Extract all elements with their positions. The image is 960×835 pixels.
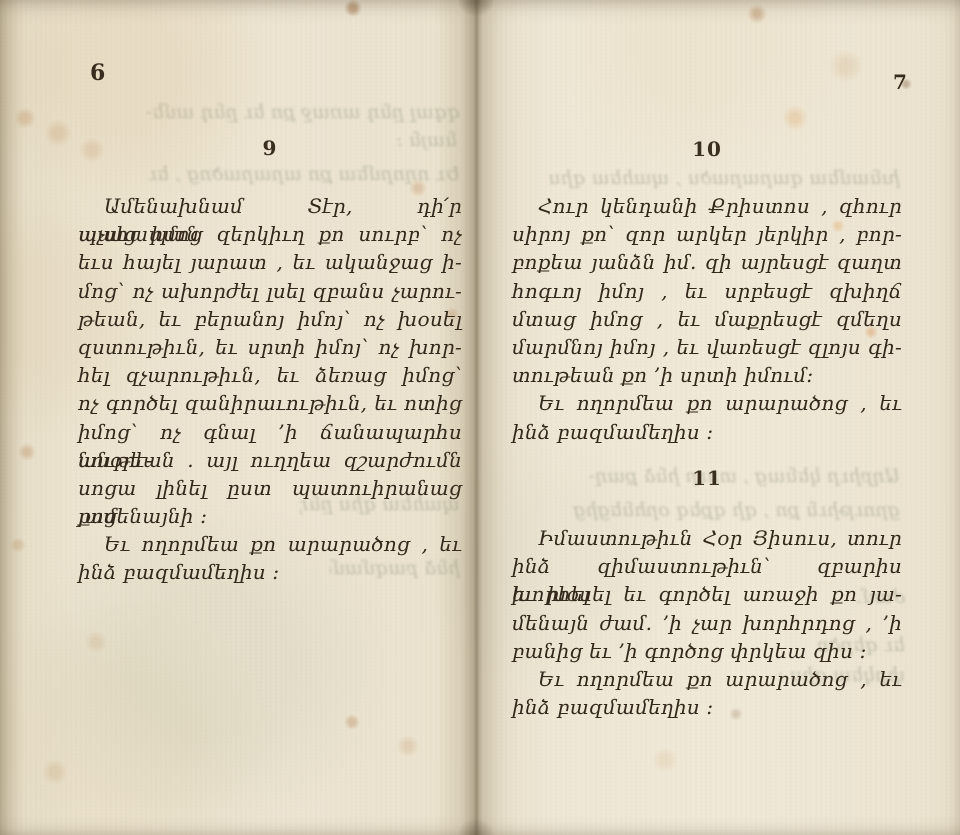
text-line: Իմաստութիւն Հօր Յիսուս, տուր (512, 524, 902, 552)
refrain-line: ինձ բազմամեղիս ։ (78, 558, 462, 586)
text-line: մենայն ժամ. ’ի չար խորհրդոց , ’ի (512, 609, 902, 637)
section-10-heading: 10 (512, 137, 902, 161)
section-11-heading: 11 (512, 466, 902, 490)
text-line: մարմնոյ իմոյ , եւ վառեսցէ զլոյս գի- (512, 333, 902, 361)
section-11-text: Իմաստութիւն Հօր Յիսուս, տուր ինձ զիմաստո… (512, 524, 902, 721)
refrain-line: ինձ բազմամեղիս ։ (512, 693, 902, 721)
refrain-line: Եւ ողորմեա քո արարածոց , եւ (512, 665, 902, 693)
text-line: սիրոյ քո՝ զոր արկեր յերկիր , բոր- (512, 220, 902, 248)
left-page-number: 6 (90, 60, 105, 86)
text-line: սոցա լինել ըստ պատուիրանաց քոց (78, 474, 462, 502)
text-line: իմոց՝ ոչ գնալ ’ի ճանապարհս անօրէ- (78, 418, 462, 446)
text-line: մտաց իմոց , եւ մաքրեսցէ զմեղս (512, 305, 902, 333)
refrain-line: Եւ ողորմեա քո արարածոց , եւ (78, 530, 462, 558)
text-line: տութեան քո ’ի սրտի իմում։ (512, 361, 902, 389)
text-line: զստութիւն, եւ սրտի իմոյ՝ ոչ խոր- (78, 333, 462, 361)
refrain-line: Եւ ողորմեա քո արարածոց , եւ (512, 389, 902, 417)
text-line: յամենայնի ։ (78, 502, 462, 530)
text-line: նութեան . այլ ուղղեա զշարժումն (78, 446, 462, 474)
text-line: բանից եւ ’ի գործոց փրկեա զիս ։ (512, 637, 902, 665)
section-9-heading: 9 (78, 136, 462, 160)
text-line: եւ խօսել եւ գործել առաջի քո յա- (512, 580, 902, 608)
text-line: եւս հայել յարատ , եւ ականջաց ի- (78, 248, 462, 276)
text-line: Ամենախնամ Տէր, դի՛ր պահապան (78, 192, 462, 220)
section-9-text: Ամենախնամ Տէր, դի՛ր պահապան աչաց իմոց զե… (78, 192, 462, 587)
refrain-line: ինձ բազմամեղիս ։ (512, 418, 902, 446)
text-line: Հուր կենդանի Քրիստոս , զհուր (512, 192, 902, 220)
text-line: աչաց իմոց զերկիւղ քո սուրբ՝ ոչ (78, 220, 462, 248)
text-line: հել զչարութիւն, եւ ձեռաց իմոց՝ (78, 361, 462, 389)
text-line: թեան, եւ բերանոյ իմոյ՝ ոչ խօսել (78, 305, 462, 333)
section-10-text: Հուր կենդանի Քրիստոս , զհուր սիրոյ քո՝ զ… (512, 192, 902, 446)
book-scan: զգալ ընդ առաջ քո եւ ընդ ամե- նայն ։ Եւ ո… (0, 0, 960, 835)
text-line: բոքեա յանձն իմ. զի այրեսցէ զաղտ (512, 248, 902, 276)
text-line: ոչ գործել զանիրաւութիւն, եւ ոտից (78, 389, 462, 417)
text-line: ինձ զիմաստութիւն՝ զբարիս խորհել (512, 552, 902, 580)
text-line: հոգւոյ իմոյ , եւ սրբեսցէ զխիղճ (512, 277, 902, 305)
text-line: մոց՝ ոչ ախորժել լսել զբանս չարու- (78, 277, 462, 305)
right-page-number: 7 (893, 70, 907, 94)
